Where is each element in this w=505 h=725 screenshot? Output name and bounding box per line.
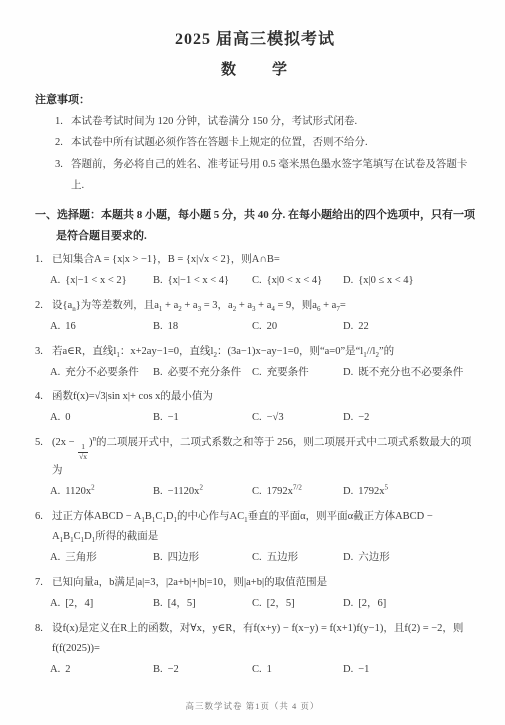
answer-option-label: D. xyxy=(343,412,353,423)
notice-section: 注意事项： 1.本试卷考试时间为 120 分钟，试卷满分 150 分，考试形式闭… xyxy=(35,90,475,197)
answer-option-label: C. xyxy=(252,412,262,423)
answer-option-label: A. xyxy=(50,598,60,609)
answer-option: D.既不充分也不必要条件 xyxy=(343,363,463,383)
answer-option-text: [2，5] xyxy=(267,598,295,609)
answer-option-label: B. xyxy=(153,664,163,675)
answer-option: C.{x|0 < x < 4} xyxy=(252,271,341,291)
answer-option-label: D. xyxy=(343,367,353,378)
answer-options: A.{x|−1 < x < 2}B.{x|−1 < x < 4}C.{x|0 <… xyxy=(50,271,475,291)
question: 1.已知集合A = {x|x > −1}，B = {x|√x < 2}，则A∩B… xyxy=(35,250,475,291)
answer-option: A.{x|−1 < x < 2} xyxy=(50,271,151,291)
question-stem: 2.设{an}为等差数列，且a1 + a2 + a3 = 3，a2 + a3 +… xyxy=(35,296,475,316)
answer-option-text: [2，4] xyxy=(65,598,93,609)
answer-options: A.充分不必要条件B.必要不充分条件C.充要条件D.既不充分也不必要条件 xyxy=(50,363,475,383)
notice-item-text: 本试卷中所有试题必须作答在答题卡上规定的位置，否则不给分. xyxy=(71,132,475,154)
notice-item: 3.答题前，务必将自己的姓名、准考证号用 0.5 毫米黑色墨水签字笔填写在试卷及… xyxy=(35,154,475,197)
answer-option-text: −1 xyxy=(358,664,369,675)
answer-option-label: B. xyxy=(153,486,163,497)
answer-option-label: C. xyxy=(252,664,262,675)
answer-option-text: {x|0 < x < 4} xyxy=(267,275,323,286)
notice-item: 1.本试卷考试时间为 120 分钟，试卷满分 150 分，考试形式闭卷. xyxy=(35,111,475,133)
question-stem: 4.函数f(x)=√3|sin x|+ cos x的最小值为 xyxy=(35,387,475,407)
question-number: 1. xyxy=(35,250,52,270)
answer-options: A.[2，4]B.[4，5]C.[2，5]D.[2，6] xyxy=(50,594,475,614)
answer-option-text: 2 xyxy=(65,664,70,675)
notice-heading: 注意事项： xyxy=(35,90,475,111)
answer-option: C.充要条件 xyxy=(252,363,341,383)
question-text: 函数f(x)=√3|sin x|+ cos x的最小值为 xyxy=(52,387,475,407)
answer-options: A.三角形B.四边形C.五边形D.六边形 xyxy=(50,548,475,568)
answer-option-text: −1120x2 xyxy=(168,486,203,497)
answer-option-label: D. xyxy=(343,664,353,675)
notice-item-number: 2. xyxy=(55,132,71,154)
answer-option: B.−2 xyxy=(153,660,250,680)
answer-option: D.[2，6] xyxy=(343,594,386,614)
answer-option: A.三角形 xyxy=(50,548,151,568)
answer-option-label: C. xyxy=(252,367,262,378)
answer-option-label: D. xyxy=(343,486,353,497)
question-stem: 8.设f(x)是定义在R上的函数，对∀x，y∈R，有f(x+y) − f(x−y… xyxy=(35,619,475,659)
answer-option-text: 1792x7/2 xyxy=(267,486,302,497)
answer-options: A.16B.18C.20D.22 xyxy=(50,317,475,337)
answer-option-text: 18 xyxy=(168,321,179,332)
answer-options: A.2B.−2C.1D.−1 xyxy=(50,660,475,680)
answer-option-text: 0 xyxy=(65,412,70,423)
answer-option: A.充分不必要条件 xyxy=(50,363,151,383)
answer-option: B.{x|−1 < x < 4} xyxy=(153,271,250,291)
question-stem: 6.过正方体ABCD − A1B1C1D1的中心作与AC1垂直的平面α，则平面α… xyxy=(35,507,475,547)
answer-option: B.18 xyxy=(153,317,250,337)
notice-list: 1.本试卷考试时间为 120 分钟，试卷满分 150 分，考试形式闭卷.2.本试… xyxy=(35,111,475,197)
answer-option-label: A. xyxy=(50,367,60,378)
answer-option: D.−2 xyxy=(343,408,369,428)
answer-option-text: 四边形 xyxy=(168,552,200,563)
question: 4.函数f(x)=√3|sin x|+ cos x的最小值为A.0B.−1C.−… xyxy=(35,387,475,428)
question: 7.已知向量a，b满足|a|=3，|2a+b|+|b|=10，则|a+b|的取值… xyxy=(35,573,475,614)
answer-option: A.[2，4] xyxy=(50,594,151,614)
answer-option-label: D. xyxy=(343,275,353,286)
answer-option-label: B. xyxy=(153,321,163,332)
answer-option-text: −2 xyxy=(168,664,179,675)
answer-option-text: −1 xyxy=(168,412,179,423)
question: 8.设f(x)是定义在R上的函数，对∀x，y∈R，有f(x+y) − f(x−y… xyxy=(35,619,475,680)
question: 2.设{an}为等差数列，且a1 + a2 + a3 = 3，a2 + a3 +… xyxy=(35,296,475,337)
answer-option: D.22 xyxy=(343,317,369,337)
answer-option-label: A. xyxy=(50,486,60,497)
question-text: 过正方体ABCD − A1B1C1D1的中心作与AC1垂直的平面α，则平面α截正… xyxy=(52,507,475,547)
answer-option-text: {x|−1 < x < 4} xyxy=(168,275,229,286)
answer-option-text: 1 xyxy=(267,664,272,675)
notice-item-number: 3. xyxy=(55,154,71,197)
answer-option: C.1 xyxy=(252,660,341,680)
question-text: 已知集合A = {x|x > −1}，B = {x|√x < 2}，则A∩B= xyxy=(52,250,475,270)
answer-option: D.−1 xyxy=(343,660,369,680)
answer-option: B.−1120x2 xyxy=(153,482,250,502)
question-number: 2. xyxy=(35,296,52,316)
question-number: 8. xyxy=(35,619,52,659)
answer-option-label: D. xyxy=(343,598,353,609)
question-text: (2x − 1√x)n的二项展开式中，二项式系数之和等于 256，则二项展开式中… xyxy=(52,433,475,481)
answer-option-label: C. xyxy=(252,598,262,609)
answer-option-label: A. xyxy=(50,664,60,675)
answer-option: C.1792x7/2 xyxy=(252,482,341,502)
notice-item: 2.本试卷中所有试题必须作答在答题卡上规定的位置，否则不给分. xyxy=(35,132,475,154)
answer-option-label: D. xyxy=(343,321,353,332)
answer-option-label: A. xyxy=(50,321,60,332)
answer-option: D.1792x5 xyxy=(343,482,388,502)
answer-option-label: D. xyxy=(343,552,353,563)
answer-option-text: 六边形 xyxy=(358,552,390,563)
question-stem: 1.已知集合A = {x|x > −1}，B = {x|√x < 2}，则A∩B… xyxy=(35,250,475,270)
answer-option-label: C. xyxy=(252,552,262,563)
question-text: 设{an}为等差数列，且a1 + a2 + a3 = 3，a2 + a3 + a… xyxy=(52,296,475,316)
answer-option-label: B. xyxy=(153,367,163,378)
answer-option: C.20 xyxy=(252,317,341,337)
answer-option: A.16 xyxy=(50,317,151,337)
exam-page: 2025 届高三模拟考试 数 学 注意事项： 1.本试卷考试时间为 120 分钟… xyxy=(0,0,505,725)
answer-option-label: C. xyxy=(252,275,262,286)
question-text: 已知向量a，b满足|a|=3，|2a+b|+|b|=10，则|a+b|的取值范围… xyxy=(52,573,475,593)
answer-option: B.−1 xyxy=(153,408,250,428)
answer-option-text: −2 xyxy=(358,412,369,423)
question-text: 设f(x)是定义在R上的函数，对∀x，y∈R，有f(x+y) − f(x−y) … xyxy=(52,619,475,659)
answer-option: B.必要不充分条件 xyxy=(153,363,250,383)
section-heading: 一、选择题：本题共 8 小题，每小题 5 分，共 40 分. 在每小题给出的四个… xyxy=(35,205,475,248)
answer-options: A.0B.−1C.−√3D.−2 xyxy=(50,408,475,428)
notice-item-text: 本试卷考试时间为 120 分钟，试卷满分 150 分，考试形式闭卷. xyxy=(71,111,475,133)
answer-option: C.五边形 xyxy=(252,548,341,568)
answer-option-label: C. xyxy=(252,486,262,497)
answer-option-text: 充要条件 xyxy=(267,367,309,378)
exam-title: 2025 届高三模拟考试 xyxy=(35,26,475,49)
answer-option: C.[2，5] xyxy=(252,594,341,614)
question-number: 6. xyxy=(35,507,52,547)
answer-option-text: [4，5] xyxy=(168,598,196,609)
answer-option-text: 五边形 xyxy=(267,552,299,563)
answer-option-text: 1120x2 xyxy=(65,486,94,497)
answer-option-text: 三角形 xyxy=(65,552,97,563)
answer-option-text: {x|0 ≤ x < 4} xyxy=(358,275,413,286)
question-stem: 3.若a∈R，直线l1：x+2ay−1=0，直线l2：(3a−1)x−ay−1=… xyxy=(35,342,475,362)
question-stem: 5.(2x − 1√x)n的二项展开式中，二项式系数之和等于 256，则二项展开… xyxy=(35,433,475,481)
answer-option-label: A. xyxy=(50,552,60,563)
answer-option-label: A. xyxy=(50,412,60,423)
question-list: 1.已知集合A = {x|x > −1}，B = {x|√x < 2}，则A∩B… xyxy=(35,250,475,680)
answer-option-label: B. xyxy=(153,598,163,609)
page-footer: 高三数学试卷 第1页（共 4 页） xyxy=(0,700,505,712)
answer-option-label: B. xyxy=(153,275,163,286)
answer-option-label: B. xyxy=(153,552,163,563)
answer-option-label: C. xyxy=(252,321,262,332)
answer-option-label: A. xyxy=(50,275,60,286)
notice-item-text: 答题前，务必将自己的姓名、准考证号用 0.5 毫米黑色墨水签字笔填写在试卷及答题… xyxy=(71,154,475,197)
answer-option-text: 22 xyxy=(358,321,369,332)
answer-option-text: 必要不充分条件 xyxy=(168,367,242,378)
answer-option: D.{x|0 ≤ x < 4} xyxy=(343,271,414,291)
answer-option-text: 16 xyxy=(65,321,76,332)
answer-option-text: 1792x5 xyxy=(358,486,388,497)
answer-option-label: B. xyxy=(153,412,163,423)
question: 5.(2x − 1√x)n的二项展开式中，二项式系数之和等于 256，则二项展开… xyxy=(35,433,475,502)
answer-options: A.1120x2B.−1120x2C.1792x7/2D.1792x5 xyxy=(50,482,475,502)
answer-option: A.2 xyxy=(50,660,151,680)
subject-title: 数 学 xyxy=(35,58,475,79)
notice-item-number: 1. xyxy=(55,111,71,133)
answer-option-text: {x|−1 < x < 2} xyxy=(65,275,126,286)
question-number: 4. xyxy=(35,387,52,407)
question-number: 7. xyxy=(35,573,52,593)
answer-option: C.−√3 xyxy=(252,408,341,428)
answer-option: A.0 xyxy=(50,408,151,428)
question-stem: 7.已知向量a，b满足|a|=3，|2a+b|+|b|=10，则|a+b|的取值… xyxy=(35,573,475,593)
question-text: 若a∈R，直线l1：x+2ay−1=0，直线l2：(3a−1)x−ay−1=0，… xyxy=(52,342,475,362)
answer-option-text: 充分不必要条件 xyxy=(65,367,139,378)
answer-option-text: 20 xyxy=(267,321,278,332)
answer-option-text: 既不充分也不必要条件 xyxy=(358,367,463,378)
answer-option: D.六边形 xyxy=(343,548,390,568)
answer-option: B.[4，5] xyxy=(153,594,250,614)
question: 6.过正方体ABCD − A1B1C1D1的中心作与AC1垂直的平面α，则平面α… xyxy=(35,507,475,568)
answer-option: A.1120x2 xyxy=(50,482,151,502)
question-number: 5. xyxy=(35,433,52,481)
question-number: 3. xyxy=(35,342,52,362)
answer-option: B.四边形 xyxy=(153,548,250,568)
question: 3.若a∈R，直线l1：x+2ay−1=0，直线l2：(3a−1)x−ay−1=… xyxy=(35,342,475,383)
answer-option-text: −√3 xyxy=(267,412,284,423)
answer-option-text: [2，6] xyxy=(358,598,386,609)
